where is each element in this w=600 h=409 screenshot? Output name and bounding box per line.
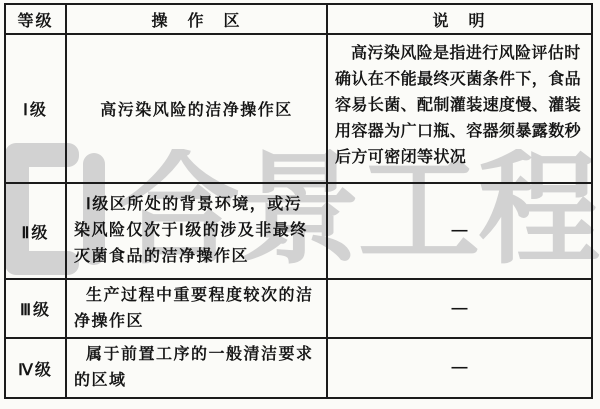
grade-cell: Ⅳ级	[5, 338, 66, 398]
grade-cell: Ⅲ级	[5, 279, 66, 338]
description-cell: —	[327, 338, 592, 398]
header-operation-area: 操 作 区	[66, 4, 327, 34]
operation-area-cell: 生产过程中重要程度较次的洁 净操作区	[66, 279, 327, 338]
description-cell: —	[327, 183, 592, 279]
description-cell: —	[327, 279, 592, 338]
operation-area-cell: Ⅰ级区所处的背景环境，或污 染风险仅次于Ⅰ级的涉及非最终 灭菌食品的洁净操作区	[66, 183, 327, 279]
operation-area-cell: 高污染风险的洁净操作区	[66, 34, 327, 183]
description-cell: 高污染风险是指进行风险评估时 确认在不能最终灭菌条件下，食品 容易长菌、配制灌装…	[327, 34, 592, 183]
grade-cell: Ⅱ级	[5, 183, 66, 279]
clean-area-grade-table: 等级 操 作 区 说 明 Ⅰ级 高污染风险的洁净操作区 高污染风险是指进行风险评…	[4, 3, 593, 399]
table-row-grade-3: Ⅲ级 生产过程中重要程度较次的洁 净操作区 —	[5, 279, 592, 338]
table-row-grade-2: Ⅱ级 Ⅰ级区所处的背景环境，或污 染风险仅次于Ⅰ级的涉及非最终 灭菌食品的洁净操…	[5, 183, 592, 279]
operation-area-cell: 属于前置工序的一般清洁要求 的区域	[66, 338, 327, 398]
document-page: 合景工程 等级 操 作 区 说 明 Ⅰ级 高污染风险的洁净操作区 高污染风险是指…	[0, 0, 600, 409]
table-row-grade-1: Ⅰ级 高污染风险的洁净操作区 高污染风险是指进行风险评估时 确认在不能最终灭菌条…	[5, 34, 592, 183]
table-row-grade-4: Ⅳ级 属于前置工序的一般清洁要求 的区域 —	[5, 338, 592, 398]
header-grade: 等级	[5, 4, 66, 34]
grade-cell: Ⅰ级	[5, 34, 66, 183]
header-description: 说 明	[327, 4, 592, 34]
table-header-row: 等级 操 作 区 说 明	[5, 4, 592, 34]
